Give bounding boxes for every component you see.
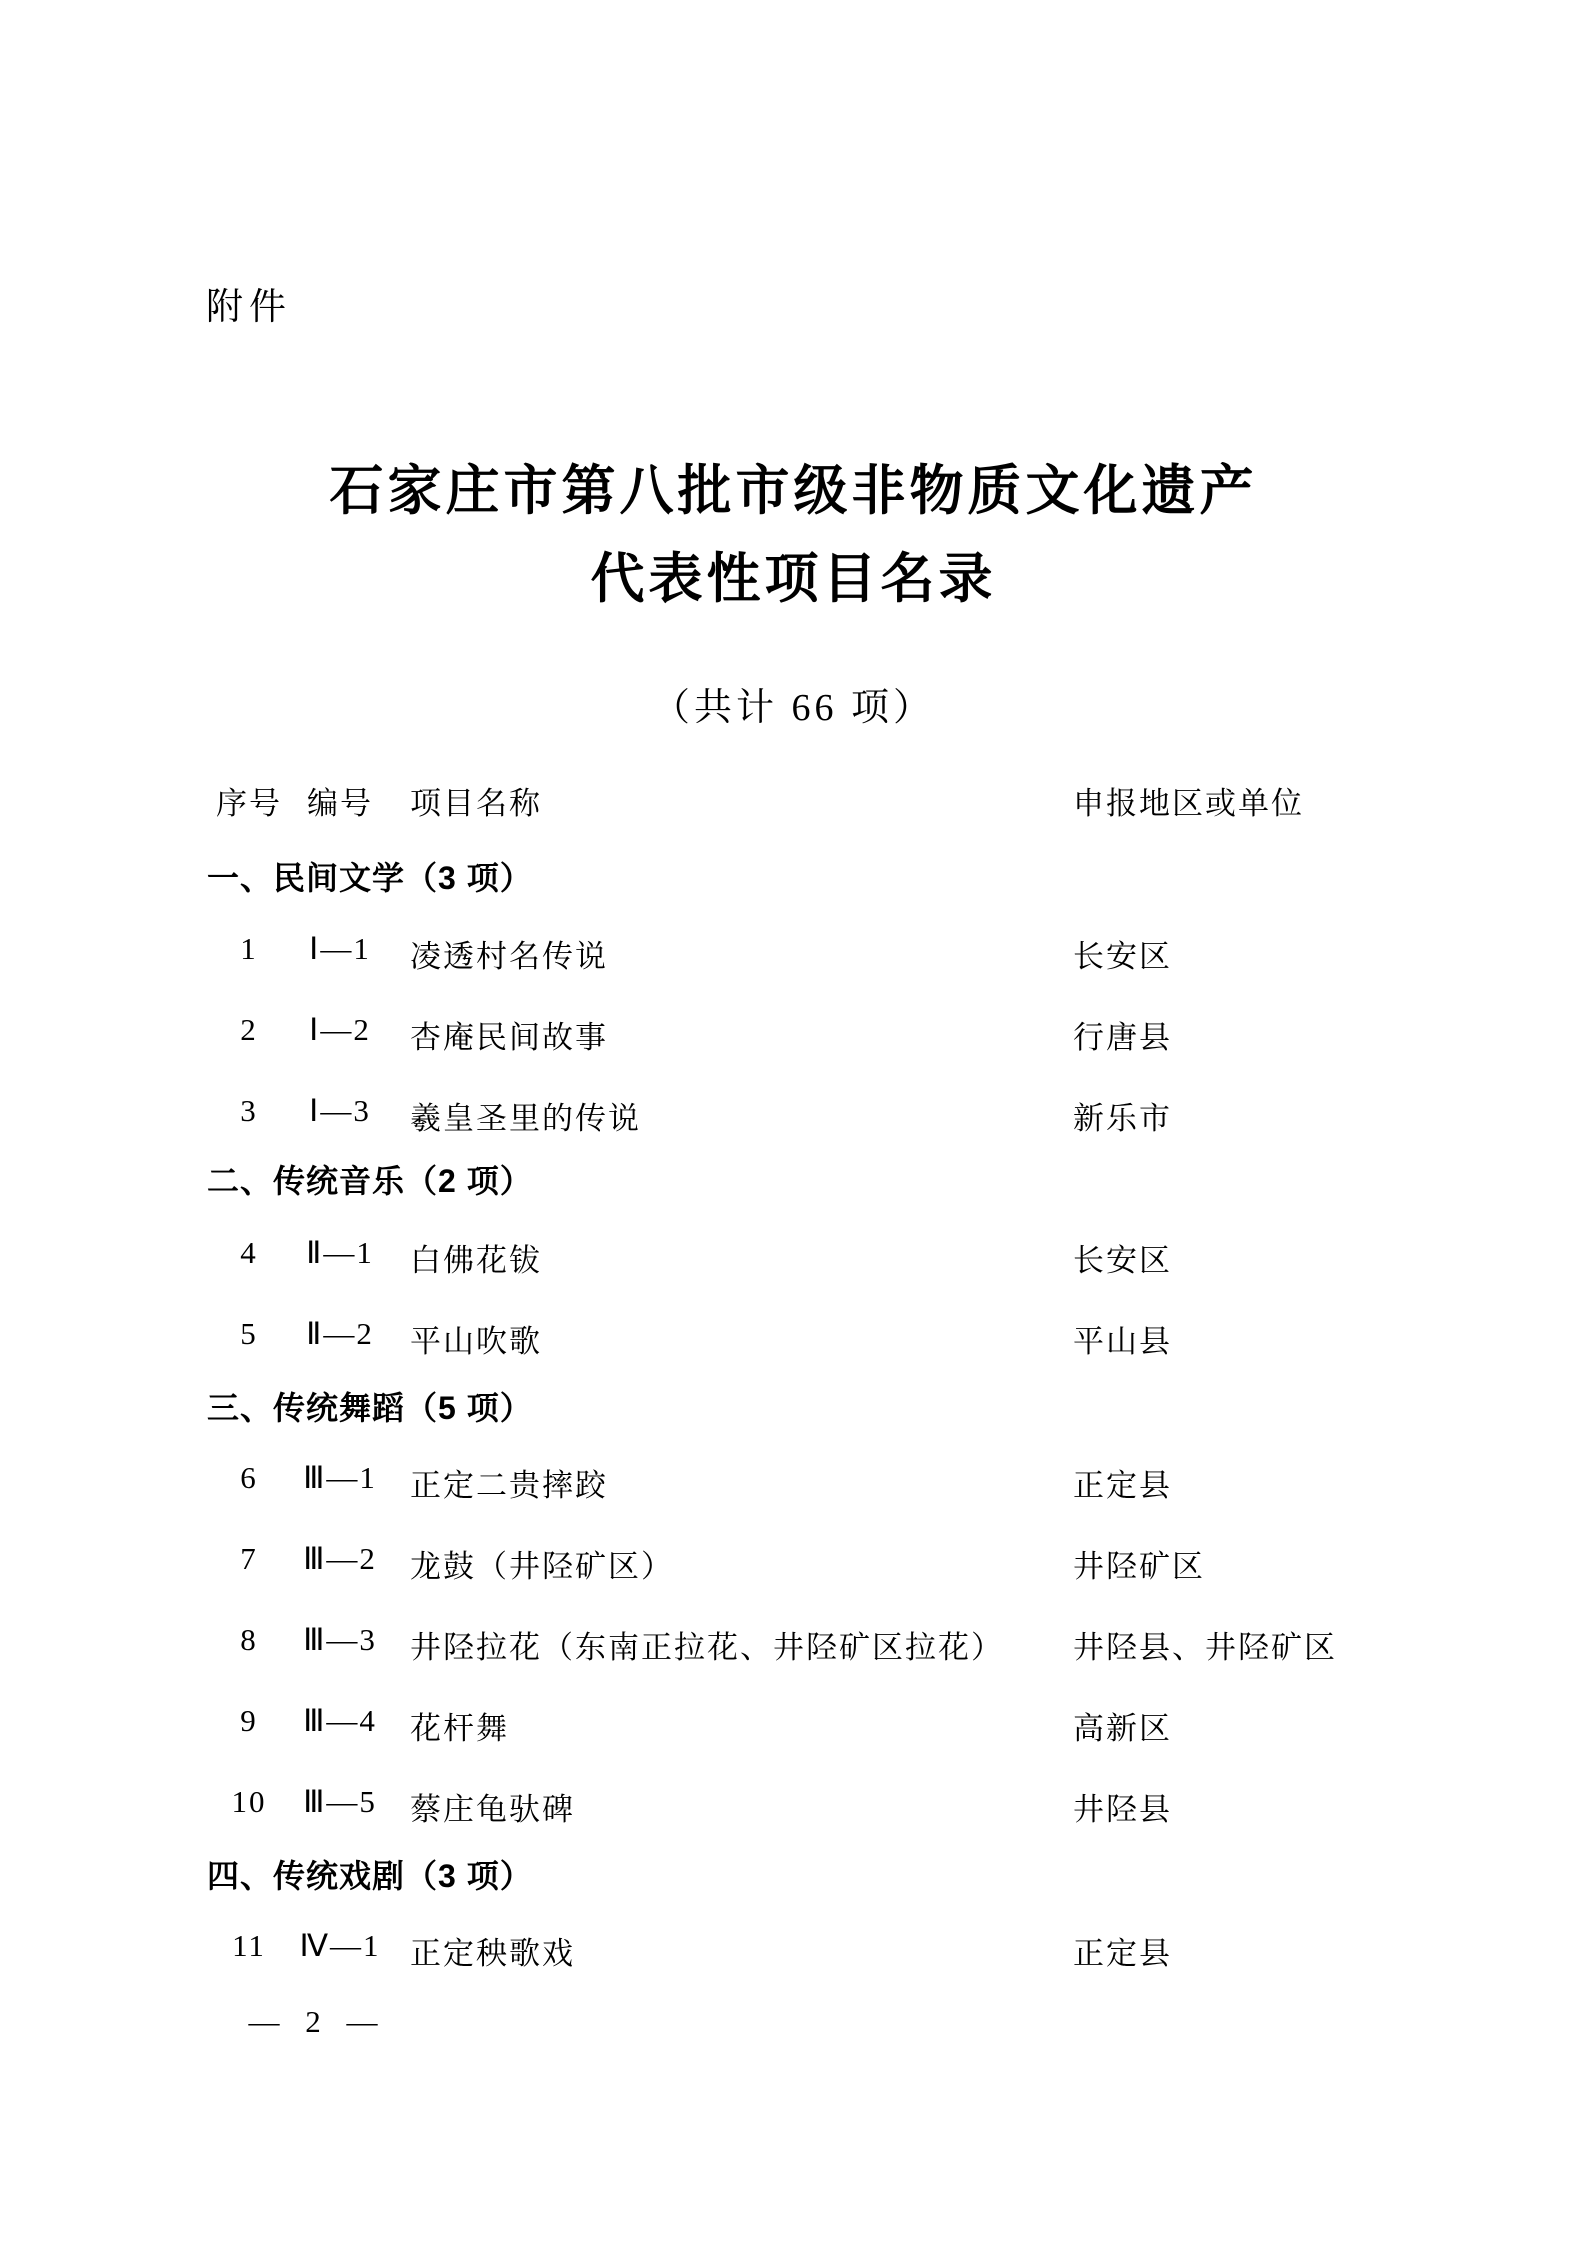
row-no: 5 bbox=[205, 1316, 293, 1352]
table-header-row: 序号 编号 项目名称 申报地区或单位 bbox=[0, 778, 1587, 814]
table-row: 2 Ⅰ—2 杏庵民间故事 行唐县 bbox=[0, 1012, 1587, 1048]
row-code: Ⅰ—1 bbox=[294, 931, 386, 967]
row-name: 凌透村名传说 bbox=[410, 931, 608, 976]
row-code: Ⅲ—1 bbox=[294, 1460, 386, 1496]
row-name: 羲皇圣里的传说 bbox=[410, 1093, 641, 1138]
row-no: 3 bbox=[205, 1093, 293, 1129]
row-no: 2 bbox=[205, 1012, 293, 1048]
row-region: 新乐市 bbox=[1073, 1093, 1172, 1138]
row-name: 蔡庄龟驮碑 bbox=[410, 1784, 575, 1829]
table-row: 8 Ⅲ—3 井陉拉花（东南正拉花、井陉矿区拉花） 井陉县、井陉矿区 bbox=[0, 1622, 1587, 1658]
row-region: 正定县 bbox=[1073, 1928, 1172, 1973]
section-heading-traditional-drama: 四、传统戏剧（3 项） bbox=[207, 1851, 533, 1897]
row-no: 11 bbox=[205, 1928, 293, 1964]
row-no: 6 bbox=[205, 1460, 293, 1496]
row-no: 10 bbox=[205, 1784, 293, 1820]
row-name: 平山吹歌 bbox=[410, 1316, 542, 1361]
section-heading-traditional-music: 二、传统音乐（2 项） bbox=[207, 1156, 533, 1202]
row-region: 高新区 bbox=[1073, 1703, 1172, 1748]
row-region: 长安区 bbox=[1073, 931, 1172, 976]
row-name: 正定秧歌戏 bbox=[410, 1928, 575, 1973]
row-region: 井陉县、井陉矿区 bbox=[1073, 1622, 1337, 1667]
row-code: Ⅲ—2 bbox=[294, 1541, 386, 1577]
row-name: 杏庵民间故事 bbox=[410, 1012, 608, 1057]
row-name: 白佛花钹 bbox=[410, 1235, 542, 1280]
document-page: 附件 石家庄市第八批市级非物质文化遗产 代表性项目名录 （共计 66 项） 序号… bbox=[0, 0, 1587, 2245]
column-header-no: 序号 bbox=[205, 778, 293, 823]
row-code: Ⅰ—3 bbox=[294, 1093, 386, 1129]
row-name: 花杆舞 bbox=[410, 1703, 509, 1748]
table-row: 1 Ⅰ—1 凌透村名传说 长安区 bbox=[0, 931, 1587, 967]
row-no: 9 bbox=[205, 1703, 293, 1739]
row-region: 平山县 bbox=[1073, 1316, 1172, 1361]
section-heading-folk-literature: 一、民间文学（3 项） bbox=[207, 853, 533, 899]
row-name: 井陉拉花（东南正拉花、井陉矿区拉花） bbox=[410, 1622, 1004, 1667]
row-region: 井陉县 bbox=[1073, 1784, 1172, 1829]
row-name: 正定二贵摔跤 bbox=[410, 1460, 608, 1505]
table-row: 7 Ⅲ—2 龙鼓（井陉矿区） 井陉矿区 bbox=[0, 1541, 1587, 1577]
row-region: 正定县 bbox=[1073, 1460, 1172, 1505]
page-title-line2: 代表性项目名录 bbox=[0, 536, 1587, 613]
table-row: 6 Ⅲ—1 正定二贵摔跤 正定县 bbox=[0, 1460, 1587, 1496]
column-header-region: 申报地区或单位 bbox=[1073, 778, 1304, 823]
column-header-code: 编号 bbox=[294, 778, 386, 823]
table-row: 11 Ⅳ—1 正定秧歌戏 正定县 bbox=[0, 1928, 1587, 1964]
row-code: Ⅲ—5 bbox=[294, 1784, 386, 1820]
row-code: Ⅱ—2 bbox=[294, 1316, 386, 1352]
row-no: 8 bbox=[205, 1622, 293, 1658]
row-code: Ⅲ—3 bbox=[294, 1622, 386, 1658]
page-title-line1: 石家庄市第八批市级非物质文化遗产 bbox=[0, 448, 1587, 525]
row-code: Ⅰ—2 bbox=[294, 1012, 386, 1048]
attachment-label: 附件 bbox=[206, 276, 292, 330]
row-no: 7 bbox=[205, 1541, 293, 1577]
row-region: 井陉矿区 bbox=[1073, 1541, 1205, 1586]
row-region: 行唐县 bbox=[1073, 1012, 1172, 1057]
section-heading-traditional-dance: 三、传统舞蹈（5 项） bbox=[207, 1383, 533, 1429]
row-code: Ⅱ—1 bbox=[294, 1235, 386, 1271]
row-code: Ⅳ—1 bbox=[294, 1928, 386, 1964]
row-region: 长安区 bbox=[1073, 1235, 1172, 1280]
table-row: 4 Ⅱ—1 白佛花钹 长安区 bbox=[0, 1235, 1587, 1271]
table-row: 9 Ⅲ—4 花杆舞 高新区 bbox=[0, 1703, 1587, 1739]
row-no: 1 bbox=[205, 931, 293, 967]
row-no: 4 bbox=[205, 1235, 293, 1271]
table-row: 3 Ⅰ—3 羲皇圣里的传说 新乐市 bbox=[0, 1093, 1587, 1129]
page-number: — 2 — bbox=[208, 2004, 418, 2040]
table-row: 5 Ⅱ—2 平山吹歌 平山县 bbox=[0, 1316, 1587, 1352]
row-name: 龙鼓（井陉矿区） bbox=[410, 1541, 674, 1586]
column-header-name: 项目名称 bbox=[410, 778, 542, 823]
table-row: 10 Ⅲ—5 蔡庄龟驮碑 井陉县 bbox=[0, 1784, 1587, 1820]
total-items-subtitle: （共计 66 项） bbox=[0, 676, 1587, 731]
row-code: Ⅲ—4 bbox=[294, 1703, 386, 1739]
